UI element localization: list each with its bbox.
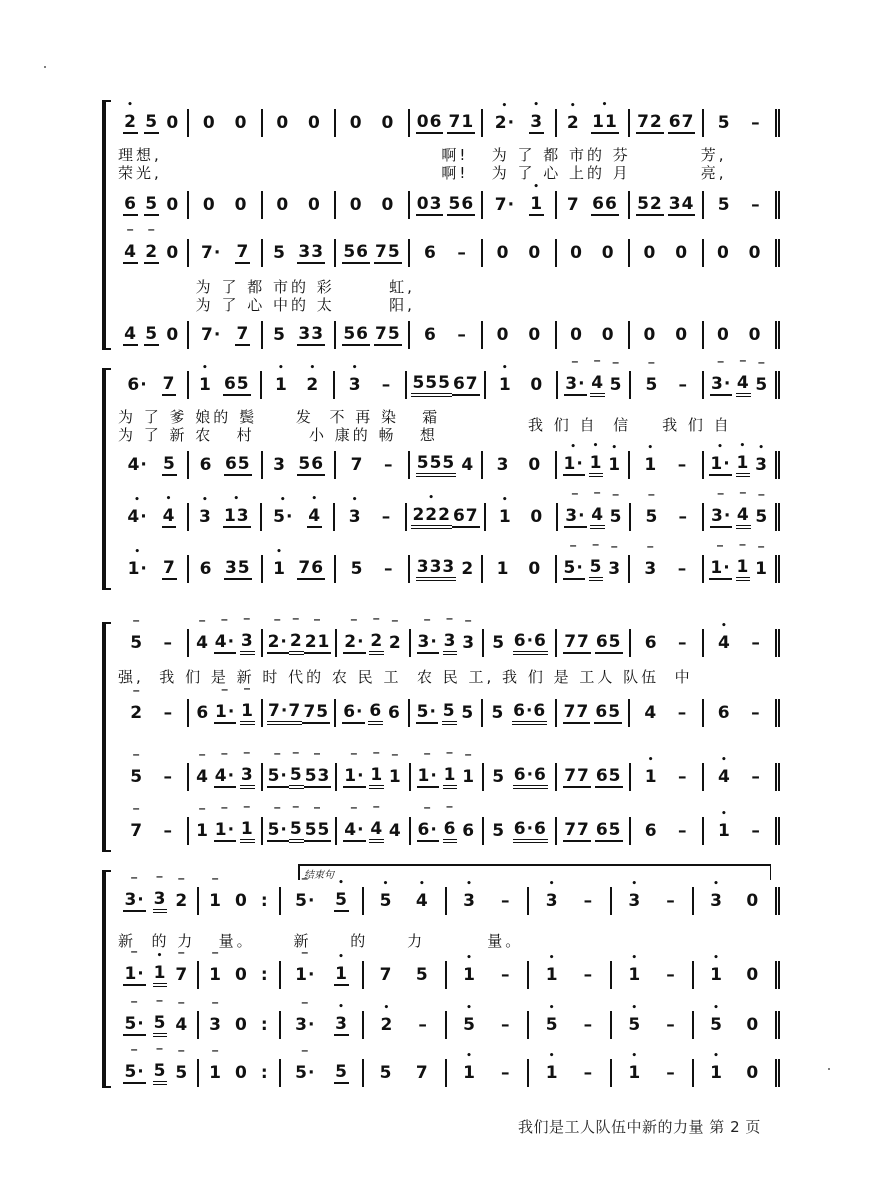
note: 5 bbox=[545, 1015, 560, 1035]
measure: 1·7 bbox=[116, 555, 189, 583]
note: 5 bbox=[379, 891, 394, 911]
measure: 635 bbox=[189, 555, 262, 583]
note: 4 bbox=[195, 767, 210, 787]
measure: 211 bbox=[557, 109, 630, 137]
measure: 5– bbox=[447, 1011, 530, 1039]
coda-ending-bracket: 结束句 bbox=[298, 864, 771, 880]
note: 3 bbox=[462, 891, 477, 911]
note: 4 bbox=[195, 633, 210, 653]
note: 7 bbox=[566, 195, 581, 215]
note: 5 bbox=[162, 454, 177, 476]
extension-dash: – bbox=[677, 767, 689, 787]
extension-dash: – bbox=[677, 455, 689, 475]
note: 5 bbox=[144, 324, 159, 346]
measure: 5234 bbox=[630, 191, 703, 219]
note: 65 bbox=[224, 454, 252, 476]
measure: 56·6 bbox=[484, 629, 557, 657]
measure: 10 bbox=[694, 1059, 780, 1087]
measure: 10: bbox=[199, 887, 282, 915]
note: 0 bbox=[234, 1015, 249, 1035]
note: 2 bbox=[174, 891, 189, 911]
note: 3 bbox=[272, 455, 287, 475]
note: 7· bbox=[494, 195, 516, 215]
measure: 10 bbox=[694, 961, 780, 989]
note: 5· bbox=[123, 1062, 145, 1084]
measure: 10 bbox=[486, 371, 559, 399]
note: 7· bbox=[200, 325, 222, 345]
measure: 450 bbox=[116, 321, 189, 349]
note: 0 bbox=[569, 243, 584, 263]
measure: 61·1 bbox=[189, 699, 262, 727]
note: 67 bbox=[668, 112, 696, 134]
note: 3· bbox=[417, 632, 439, 654]
note: 1· bbox=[563, 454, 585, 476]
note: 1· bbox=[417, 766, 439, 788]
measure: 44·3 bbox=[189, 629, 262, 657]
voice-part-row: 65000000003567·176652345– bbox=[116, 190, 780, 220]
note: 4· bbox=[214, 766, 236, 788]
note: 71 bbox=[447, 112, 475, 134]
measure: 7267 bbox=[630, 109, 703, 137]
note: 6 bbox=[644, 821, 659, 841]
note: 5· bbox=[267, 766, 289, 788]
note: 2· bbox=[343, 632, 365, 654]
extension-dash: – bbox=[750, 633, 762, 653]
note: 0 bbox=[601, 325, 616, 345]
note: 0 bbox=[275, 195, 290, 215]
note: 5 bbox=[709, 1015, 724, 1035]
note: 0 bbox=[643, 243, 658, 263]
note: 4· bbox=[214, 632, 236, 654]
note: 5 bbox=[609, 507, 624, 527]
extension-dash: – bbox=[750, 703, 762, 723]
note: 65 bbox=[595, 820, 623, 842]
note: 3· bbox=[564, 374, 586, 396]
measure: 5·55 bbox=[116, 1059, 199, 1087]
extension-dash: – bbox=[665, 1015, 677, 1035]
measure: 30: bbox=[199, 1011, 282, 1039]
note: 222 bbox=[411, 505, 452, 529]
lyric-line: 我 们 自 信 我 们 自 bbox=[528, 414, 732, 435]
note: 0 bbox=[527, 559, 542, 579]
measure: 00 bbox=[263, 109, 336, 137]
note: 4 bbox=[388, 821, 403, 841]
measure: 6·7 bbox=[116, 371, 189, 399]
note: 21 bbox=[304, 632, 332, 654]
measure: 3– bbox=[335, 503, 408, 531]
extension-dash: – bbox=[678, 507, 690, 527]
measure: 2·3 bbox=[483, 109, 556, 137]
measure: 00 bbox=[630, 321, 703, 349]
note: 3 bbox=[709, 891, 724, 911]
note: 1· bbox=[709, 558, 731, 580]
note: 7 bbox=[235, 324, 250, 346]
note: 5 bbox=[415, 965, 430, 985]
note: 0 bbox=[745, 891, 760, 911]
note: 6 bbox=[123, 194, 138, 216]
measure: 44·3 bbox=[189, 763, 262, 791]
note: 5 bbox=[379, 1063, 394, 1083]
extension-dash: – bbox=[163, 821, 175, 841]
note: 1· bbox=[294, 965, 316, 985]
extension-dash: – bbox=[677, 703, 689, 723]
measure: 5·553 bbox=[263, 763, 338, 791]
note: 6·6 bbox=[512, 701, 547, 725]
measure: 1– bbox=[447, 1059, 530, 1087]
note: 3· bbox=[710, 506, 732, 528]
note: 1 bbox=[153, 963, 168, 987]
note: 66 bbox=[591, 194, 619, 216]
note: 0 bbox=[234, 965, 249, 985]
note: 1 bbox=[717, 821, 732, 841]
extension-dash: – bbox=[665, 965, 677, 985]
measure: 4– bbox=[704, 629, 780, 657]
note: 3 bbox=[461, 633, 476, 653]
note: 0 bbox=[601, 243, 616, 263]
note: 4 bbox=[162, 506, 177, 528]
note: 65 bbox=[223, 374, 251, 396]
note: 1 bbox=[709, 1063, 724, 1083]
note: 1 bbox=[709, 965, 724, 985]
extension-dash: – bbox=[456, 325, 468, 345]
extension-dash: – bbox=[750, 113, 762, 133]
extension-dash: – bbox=[383, 455, 395, 475]
measure: 3– bbox=[447, 887, 530, 915]
measure: 1·13 bbox=[704, 451, 780, 479]
note: 3· bbox=[294, 1015, 316, 1035]
note: 0 bbox=[674, 325, 689, 345]
voice-part-row: 25000000006712·321172675– bbox=[116, 108, 780, 138]
note: 7 bbox=[415, 1063, 430, 1083]
note: 5 bbox=[717, 113, 732, 133]
note: 5 bbox=[644, 375, 659, 395]
measure: 4– bbox=[704, 763, 780, 791]
extension-dash: – bbox=[677, 821, 689, 841]
note: 5· bbox=[416, 702, 438, 724]
system-bracket bbox=[102, 870, 111, 1088]
note: 555 bbox=[411, 373, 452, 397]
note: 3 bbox=[443, 631, 458, 655]
measure: 3– bbox=[529, 887, 612, 915]
measure: 12 bbox=[262, 371, 335, 399]
note: 4 bbox=[123, 242, 138, 264]
measure: 6·66 bbox=[336, 699, 409, 727]
note: 1 bbox=[208, 891, 223, 911]
note: 65 bbox=[595, 632, 623, 654]
measure: 00 bbox=[704, 321, 780, 349]
note: 4 bbox=[307, 506, 322, 528]
note: 5 bbox=[644, 507, 659, 527]
note: 72 bbox=[636, 112, 664, 134]
note: 3 bbox=[240, 765, 255, 789]
note: 67 bbox=[452, 506, 480, 528]
note: 2· bbox=[267, 632, 289, 654]
note: 2 bbox=[123, 112, 138, 134]
note: 76 bbox=[297, 558, 325, 580]
note: 5 bbox=[334, 1062, 349, 1084]
note: 4· bbox=[126, 507, 148, 527]
note: 3 bbox=[627, 891, 642, 911]
voice-part-row: 1·1710:1·1751–1–1–10 bbox=[116, 960, 780, 990]
note: 6 bbox=[199, 559, 214, 579]
extension-dash: – bbox=[677, 633, 689, 653]
extension-dash: – bbox=[381, 375, 393, 395]
voice-part-row: 6·7165123–55567103·455–3·45 bbox=[116, 370, 780, 400]
measure: 00 bbox=[189, 109, 262, 137]
measure: 10 bbox=[486, 503, 559, 531]
note: 7 bbox=[235, 242, 250, 264]
measure: 1·11 bbox=[704, 555, 780, 583]
measure: 5675 bbox=[336, 321, 409, 349]
note: 5· bbox=[294, 1063, 316, 1083]
note: 2· bbox=[494, 113, 516, 133]
note: 0 bbox=[165, 113, 180, 133]
measure: 30 bbox=[694, 887, 780, 915]
note: 5· bbox=[272, 507, 294, 527]
measure: 0356 bbox=[410, 191, 483, 219]
measure: 1·17 bbox=[116, 961, 199, 989]
note: 11 bbox=[591, 112, 619, 134]
note: 56 bbox=[297, 454, 325, 476]
measure: 165 bbox=[189, 371, 262, 399]
note: 4 bbox=[174, 1015, 189, 1035]
note: 0 bbox=[748, 325, 763, 345]
page-footer: 我们是工人队伍中新的力量 第 2 页 bbox=[518, 1116, 761, 1137]
measure: 00 bbox=[557, 321, 630, 349]
measure: 3– bbox=[612, 887, 695, 915]
footer-page-label: 第 2 页 bbox=[709, 1118, 761, 1136]
extension-dash: – bbox=[750, 821, 762, 841]
measure: 3·45 bbox=[704, 371, 780, 399]
note: 1 bbox=[272, 559, 287, 579]
measure: 5– bbox=[529, 1011, 612, 1039]
note: 7 bbox=[129, 821, 144, 841]
measure: 2– bbox=[116, 699, 189, 727]
note: 0 bbox=[202, 195, 217, 215]
lyric-line: 为 了 新 农 村 小 康的 畅 想 bbox=[118, 424, 438, 445]
note: 4 bbox=[369, 819, 384, 843]
voice-part-row: 4207·753356756–00000000 bbox=[116, 238, 780, 268]
note: 5 bbox=[717, 195, 732, 215]
measure: 22267 bbox=[407, 503, 485, 531]
measure: 3– bbox=[335, 371, 408, 399]
measure: 356 bbox=[263, 451, 336, 479]
measure: 00 bbox=[483, 321, 556, 349]
extension-dash: – bbox=[381, 507, 393, 527]
measure: 6·66 bbox=[411, 817, 484, 845]
note: 2 bbox=[566, 113, 581, 133]
score-system: 6·7165123–55567103·455–3·45为 了 爹 娘的 鬓 发 … bbox=[102, 368, 780, 590]
voice-part-row: 1·76351765–3332105·533–1·11 bbox=[116, 554, 780, 584]
measure: 54 bbox=[364, 887, 447, 915]
note: 6 bbox=[195, 703, 210, 723]
measure: 7– bbox=[336, 451, 409, 479]
extension-dash: – bbox=[583, 891, 595, 911]
scan-speck bbox=[828, 1068, 830, 1070]
measure: 1– bbox=[631, 763, 704, 791]
note: 4 bbox=[717, 633, 732, 653]
measure: 30 bbox=[483, 451, 556, 479]
note: 1 bbox=[208, 965, 223, 985]
note: 0 bbox=[748, 243, 763, 263]
note: 6·6 bbox=[513, 819, 548, 843]
footer-title: 我们是工人队伍中新的力量 bbox=[518, 1118, 704, 1136]
note: 2 bbox=[379, 1015, 394, 1035]
measure: 10: bbox=[199, 961, 282, 989]
extension-dash: – bbox=[677, 559, 689, 579]
note: 3 bbox=[643, 559, 658, 579]
voice-part-row: 3·3210:5·5543–3–3–30 bbox=[116, 886, 780, 916]
note: 1 bbox=[545, 965, 560, 985]
measure: 5·555 bbox=[263, 817, 338, 845]
note: 5 bbox=[609, 375, 624, 395]
note: 3 bbox=[545, 891, 560, 911]
score-page: 25000000006712·321172675–理想, 啊! 为 了 都 市的… bbox=[0, 0, 880, 1189]
measure: 2·22 bbox=[337, 629, 410, 657]
note: 5 bbox=[491, 703, 506, 723]
measure: 00 bbox=[336, 191, 409, 219]
note: 56 bbox=[447, 194, 475, 216]
voice-part-row: 4507·753356756–00000000 bbox=[116, 320, 780, 350]
note: 2 bbox=[289, 631, 304, 655]
note: 0 bbox=[165, 325, 180, 345]
note: 5 bbox=[754, 375, 769, 395]
note: 4 bbox=[123, 324, 138, 346]
note: 1· bbox=[214, 702, 236, 724]
note: 1 bbox=[240, 819, 255, 843]
note: 75 bbox=[374, 324, 402, 346]
note: 5 bbox=[627, 1015, 642, 1035]
note: 5· bbox=[267, 820, 289, 842]
measure: 1– bbox=[612, 961, 695, 989]
note: 6· bbox=[342, 702, 364, 724]
measure: 00 bbox=[189, 191, 262, 219]
note: 5 bbox=[289, 819, 304, 843]
measure: 00 bbox=[336, 109, 409, 137]
note: 0 bbox=[745, 965, 760, 985]
measure: 6– bbox=[631, 817, 704, 845]
measure: 50 bbox=[694, 1011, 780, 1039]
note: 0 bbox=[165, 243, 180, 263]
note: 1 bbox=[627, 965, 642, 985]
note: 6·6 bbox=[513, 765, 548, 789]
note: 67 bbox=[452, 374, 480, 396]
note: 555 bbox=[416, 453, 457, 477]
measure: 11·1 bbox=[189, 817, 262, 845]
note: 0 bbox=[307, 113, 322, 133]
measure: 5·53 bbox=[557, 555, 630, 583]
note: 5· bbox=[563, 558, 585, 580]
system-bracket bbox=[102, 368, 111, 590]
measure: 5·5 bbox=[281, 1059, 364, 1087]
measure: 7·775 bbox=[263, 699, 336, 727]
note: 5 bbox=[334, 890, 349, 912]
extension-dash: – bbox=[665, 891, 677, 911]
note: 1 bbox=[627, 1063, 642, 1083]
note: 1· bbox=[343, 766, 365, 788]
note: 6 bbox=[423, 243, 438, 263]
note: 1 bbox=[498, 507, 513, 527]
measure: 55567 bbox=[407, 371, 485, 399]
measure: 1– bbox=[529, 1059, 612, 1087]
extension-dash: – bbox=[750, 195, 762, 215]
measure: 5554 bbox=[410, 451, 483, 479]
note: 0 bbox=[380, 195, 395, 215]
measure: 10: bbox=[199, 1059, 282, 1087]
note: 3 bbox=[529, 112, 544, 134]
score-system: 25000000006712·321172675–理想, 啊! 为 了 都 市的… bbox=[102, 100, 780, 350]
measure: 533 bbox=[263, 239, 336, 267]
extension-dash: – bbox=[456, 243, 468, 263]
voice-part-row: 2–61·17·7756·665·5556·677654–6– bbox=[116, 698, 780, 728]
measure: 1·1 bbox=[281, 961, 364, 989]
repeat-sign: : bbox=[260, 1015, 270, 1035]
extension-dash: – bbox=[163, 703, 175, 723]
repeat-sign: : bbox=[260, 1063, 270, 1083]
measure: 5·54 bbox=[116, 1011, 199, 1039]
note: 5 bbox=[153, 1061, 168, 1085]
measure: 00 bbox=[263, 191, 336, 219]
lyric-line: 新 的 力 量。 新 的 力 量。 bbox=[118, 930, 523, 951]
measure: 3·33 bbox=[411, 629, 484, 657]
measure: 7·7 bbox=[189, 239, 262, 267]
note: 5· bbox=[123, 1014, 145, 1036]
note: 1 bbox=[643, 455, 658, 475]
scan-speck bbox=[44, 66, 46, 68]
note: 5 bbox=[754, 507, 769, 527]
note: 0 bbox=[674, 243, 689, 263]
note: 65 bbox=[594, 702, 622, 724]
measure: 5·55 bbox=[410, 699, 483, 727]
repeat-sign: : bbox=[260, 891, 270, 911]
measure: 7·7 bbox=[189, 321, 262, 349]
note: 1 bbox=[274, 375, 289, 395]
measure: 2·221 bbox=[263, 629, 338, 657]
note: 5 bbox=[129, 633, 144, 653]
note: 13 bbox=[223, 506, 251, 528]
extension-dash: – bbox=[583, 1015, 595, 1035]
extension-dash: – bbox=[500, 1063, 512, 1083]
extension-dash: – bbox=[583, 965, 595, 985]
note: 5 bbox=[272, 325, 287, 345]
measure: 00 bbox=[483, 239, 556, 267]
note: 1 bbox=[754, 559, 769, 579]
measure: 7·1 bbox=[483, 191, 556, 219]
system-bracket bbox=[102, 622, 111, 852]
measure: 3·3 bbox=[281, 1011, 364, 1039]
measure: 3– bbox=[630, 555, 703, 583]
note: 1 bbox=[240, 701, 255, 725]
note: 0 bbox=[569, 325, 584, 345]
voice-part-row: 4·56653567–5554301·111–1·13 bbox=[116, 450, 780, 480]
note: 0 bbox=[307, 195, 322, 215]
note: 6 bbox=[644, 633, 659, 653]
note: 4 bbox=[736, 505, 751, 529]
measure: 3332 bbox=[410, 555, 483, 583]
measure: 1– bbox=[704, 817, 780, 845]
note: 75 bbox=[302, 702, 330, 724]
note: 7 bbox=[162, 374, 177, 396]
note: 03 bbox=[416, 194, 444, 216]
note: 6 bbox=[387, 703, 402, 723]
note: 0 bbox=[527, 243, 542, 263]
note: 65 bbox=[595, 766, 623, 788]
note: 4 bbox=[460, 455, 475, 475]
note: 5 bbox=[460, 703, 475, 723]
note: 0 bbox=[202, 113, 217, 133]
note: 3· bbox=[123, 890, 145, 912]
note: 1 bbox=[462, 965, 477, 985]
